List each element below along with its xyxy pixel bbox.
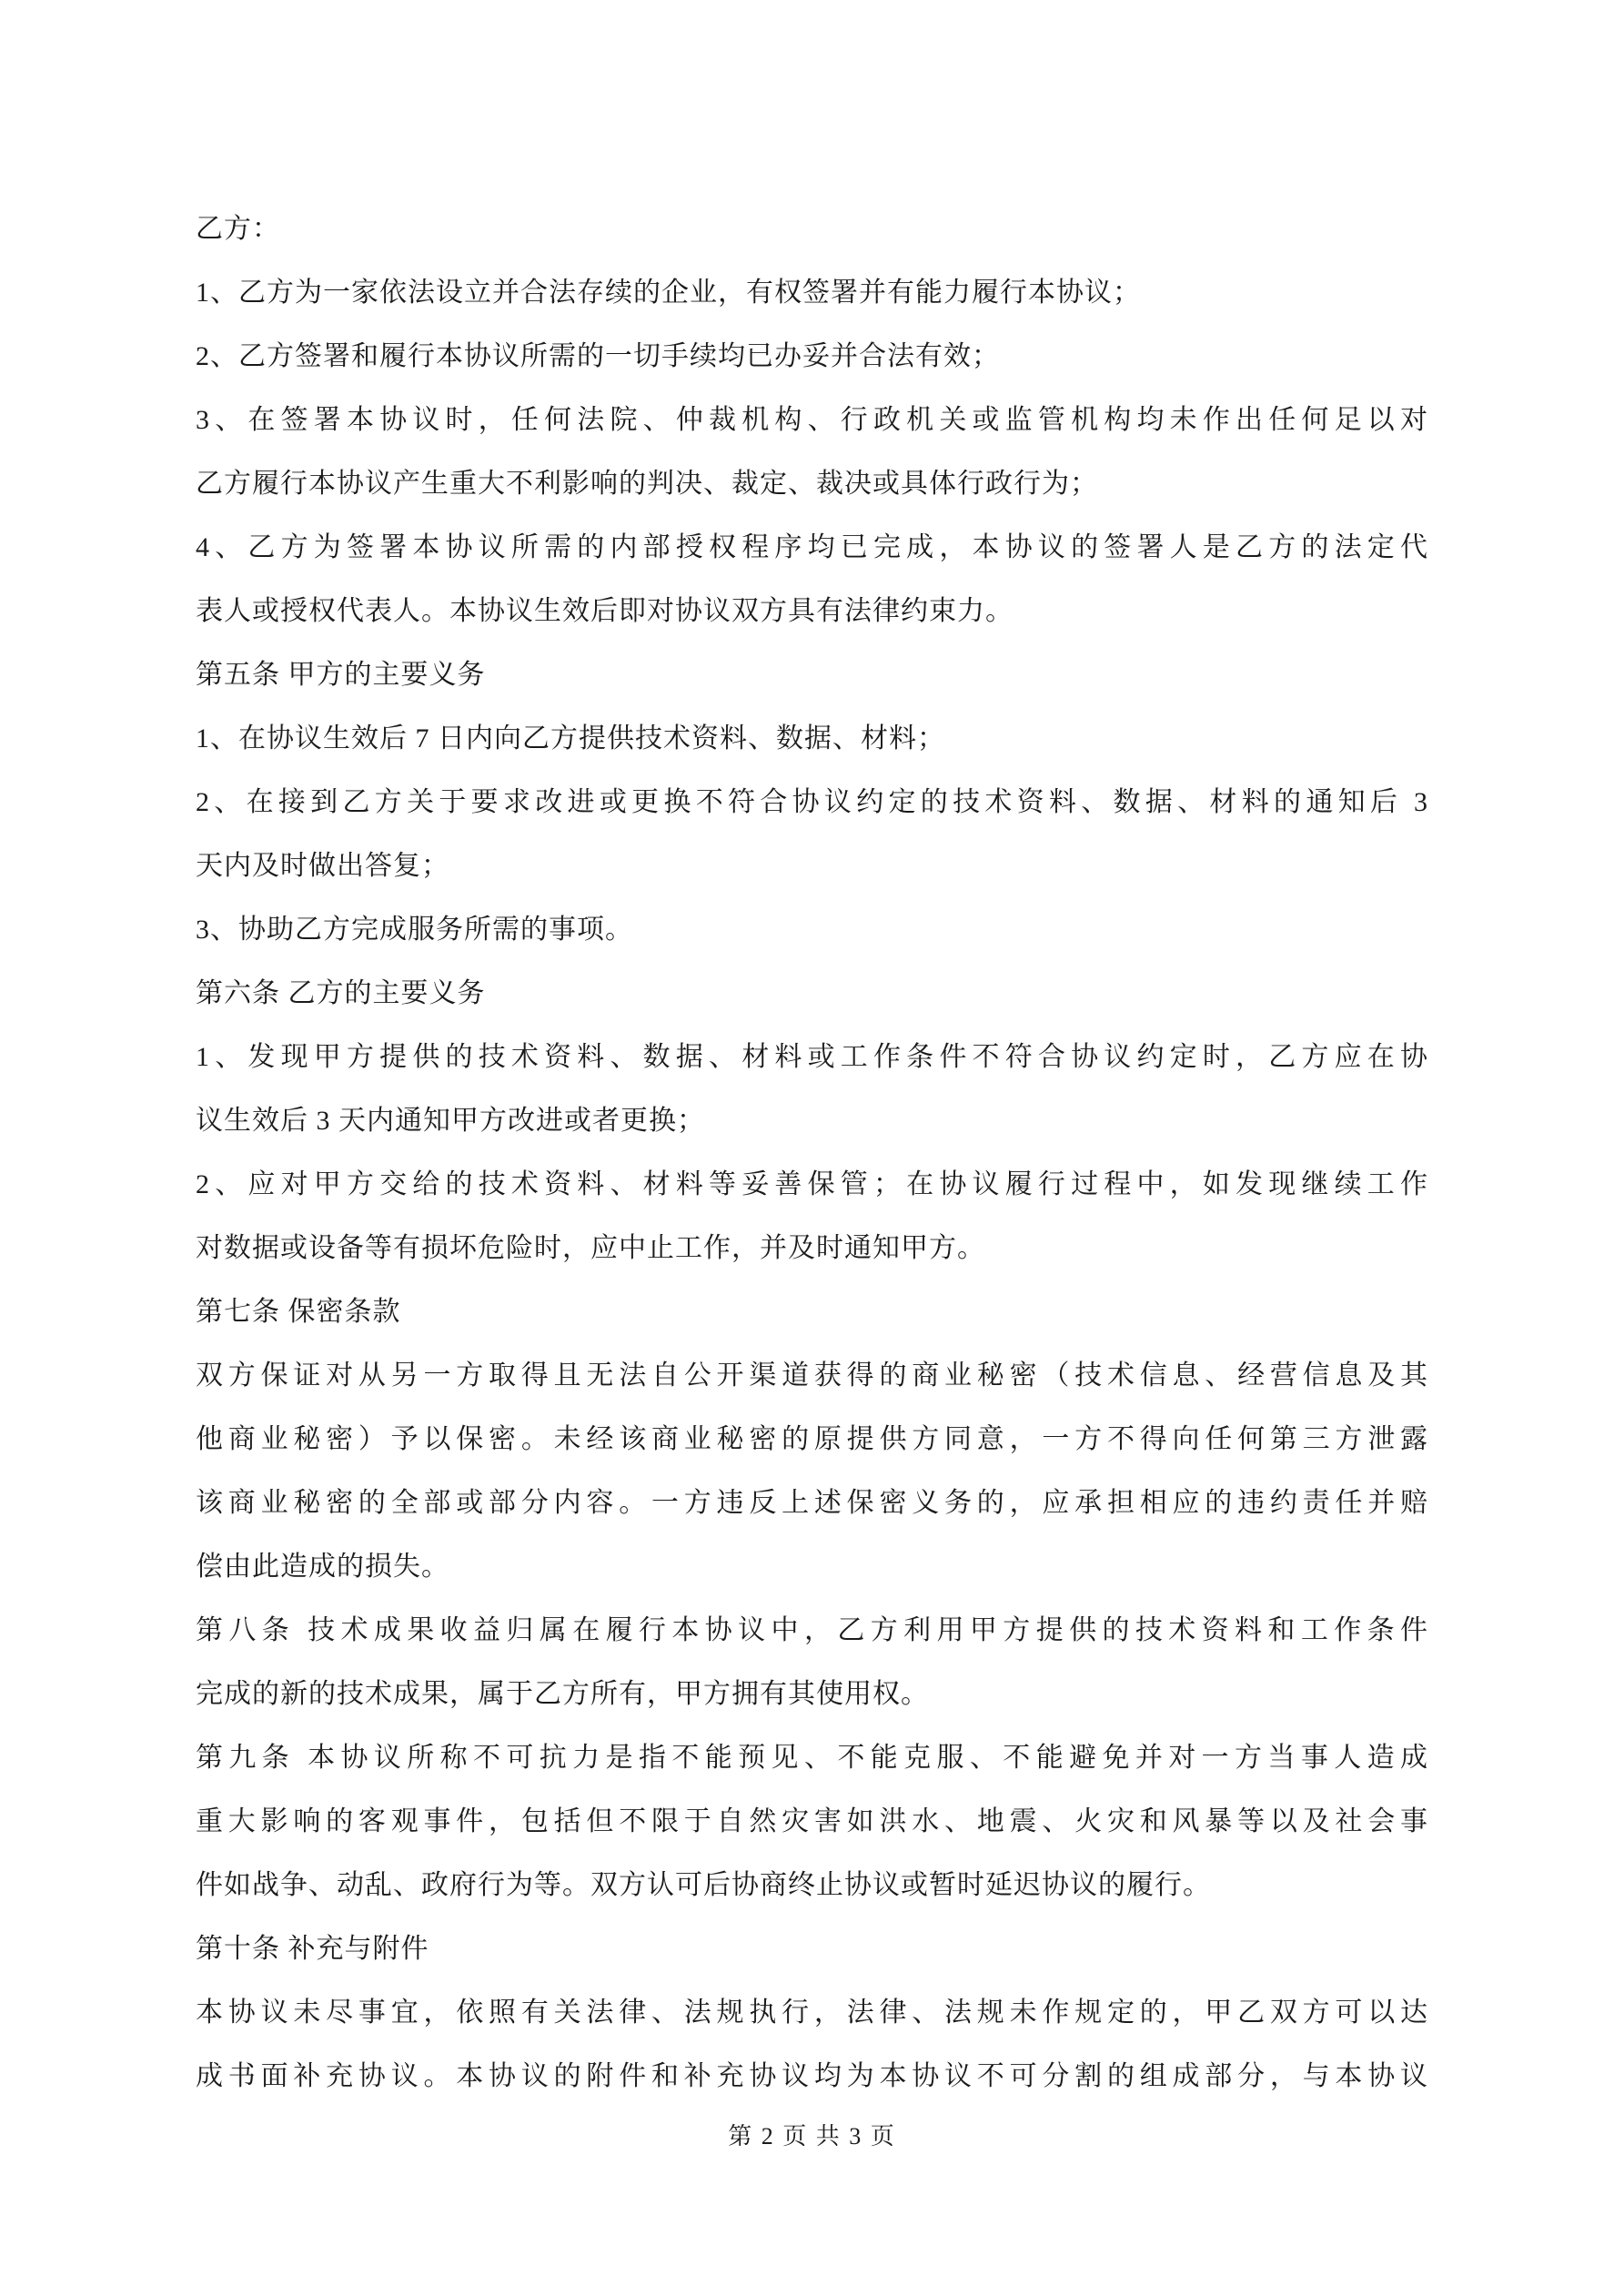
text-line: 本协议未尽事宜，依照有关法律、法规执行，法律、法规未作规定的，甲乙双方可以达: [196, 1981, 1428, 2045]
document-page: 乙方：1、乙方为一家依法设立并合法存续的企业，有权签署并有能力履行本协议；2、乙…: [0, 0, 1624, 2296]
section-heading: 第十条 补充与附件: [196, 1917, 1428, 1981]
document-body: 乙方：1、乙方为一家依法设立并合法存续的企业，有权签署并有能力履行本协议；2、乙…: [196, 197, 1428, 2109]
section-heading: 第五条 甲方的主要义务: [196, 643, 1428, 707]
text-line: 1、在协议生效后 7 日内向乙方提供技术资料、数据、材料；: [196, 707, 1428, 771]
text-line: 1、乙方为一家依法设立并合法存续的企业，有权签署并有能力履行本协议；: [196, 261, 1428, 325]
text-line: 重大影响的客观事件，包括但不限于自然灾害如洪水、地震、火灾和风暴等以及社会事: [196, 1790, 1428, 1854]
text-line: 议生效后 3 天内通知甲方改进或者更换；: [196, 1089, 1428, 1153]
text-line: 表人或授权代表人。本协议生效后即对协议双方具有法律约束力。: [196, 580, 1428, 643]
text-line: 他商业秘密）予以保密。未经该商业秘密的原提供方同意，一方不得向任何第三方泄露: [196, 1408, 1428, 1472]
text-line: 2、乙方签署和履行本协议所需的一切手续均已办妥并合法有效；: [196, 325, 1428, 389]
page-number: 第 2 页 共 3 页: [728, 2123, 896, 2149]
text-line: 2、在接到乙方关于要求改进或更换不符合协议约定的技术资料、数据、材料的通知后 3: [196, 771, 1428, 834]
text-line: 2、应对甲方交给的技术资料、材料等妥善保管；在协议履行过程中，如发现继续工作: [196, 1153, 1428, 1217]
text-line: 双方保证对从另一方取得且无法自公开渠道获得的商业秘密（技术信息、经营信息及其: [196, 1344, 1428, 1408]
text-line: 天内及时做出答复；: [196, 834, 1428, 898]
text-line: 成书面补充协议。本协议的附件和补充协议均为本协议不可分割的组成部分，与本协议: [196, 2045, 1428, 2109]
text-line: 件如战争、动乱、政府行为等。双方认可后协商终止协议或暂时延迟协议的履行。: [196, 1854, 1428, 1917]
text-line: 完成的新的技术成果，属于乙方所有，甲方拥有其使用权。: [196, 1663, 1428, 1726]
section-heading: 第六条 乙方的主要义务: [196, 962, 1428, 1026]
text-line: 4、乙方为签署本协议所需的内部授权程序均已完成，本协议的签署人是乙方的法定代: [196, 516, 1428, 580]
text-line: 对数据或设备等有损坏危险时，应中止工作，并及时通知甲方。: [196, 1217, 1428, 1280]
page-footer: 第 2 页 共 3 页: [0, 2119, 1624, 2155]
text-line: 乙方履行本协议产生重大不利影响的判决、裁定、裁决或具体行政行为；: [196, 452, 1428, 516]
text-line: 3、在签署本协议时，任何法院、仲裁机构、行政机关或监管机构均未作出任何足以对: [196, 389, 1428, 452]
text-line: 第九条 本协议所称不可抗力是指不能预见、不能克服、不能避免并对一方当事人造成: [196, 1726, 1428, 1790]
text-line: 该商业秘密的全部或部分内容。一方违反上述保密义务的，应承担相应的违约责任并赔: [196, 1472, 1428, 1535]
text-line: 第八条 技术成果收益归属在履行本协议中，乙方利用甲方提供的技术资料和工作条件: [196, 1599, 1428, 1663]
text-line: 乙方：: [196, 197, 1428, 261]
text-line: 1、发现甲方提供的技术资料、数据、材料或工作条件不符合协议约定时，乙方应在协: [196, 1026, 1428, 1089]
text-line: 3、协助乙方完成服务所需的事项。: [196, 898, 1428, 962]
section-heading: 第七条 保密条款: [196, 1280, 1428, 1344]
text-line: 偿由此造成的损失。: [196, 1535, 1428, 1599]
